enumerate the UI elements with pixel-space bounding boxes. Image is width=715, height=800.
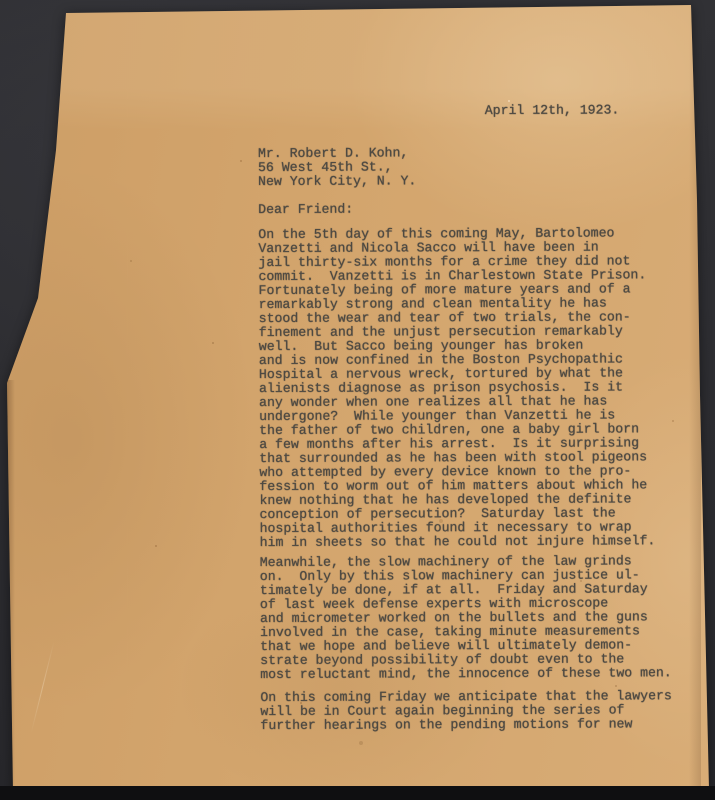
letter-paper: April 12th, 1923. Mr. Robert D. Kohn,56 … [0,0,715,800]
letter-paragraph-1: On the 5th day of this coming May, Barto… [258,226,655,550]
recipient-address: Mr. Robert D. Kohn,56 West 45th St.,New … [258,146,416,189]
salutation: Dear Friend: [258,203,353,217]
typewritten-text-layer: April 12th, 1923. Mr. Robert D. Kohn,56 … [0,0,715,800]
letter-paper-wrapper: April 12th, 1923. Mr. Robert D. Kohn,56 … [0,0,715,800]
scan-bottom-edge [0,786,715,800]
address-line-city: New York City, N. Y. [258,174,416,189]
letter-paragraph-2: Meanwhile, the slow machinery of the law… [260,554,672,682]
letter-date: April 12th, 1923. [485,103,620,118]
letter-paragraph-3: On this coming Friday we anticipate that… [260,689,672,733]
scan-mat-background: April 12th, 1923. Mr. Robert D. Kohn,56 … [0,0,715,800]
paper-texture-specks [60,40,62,42]
